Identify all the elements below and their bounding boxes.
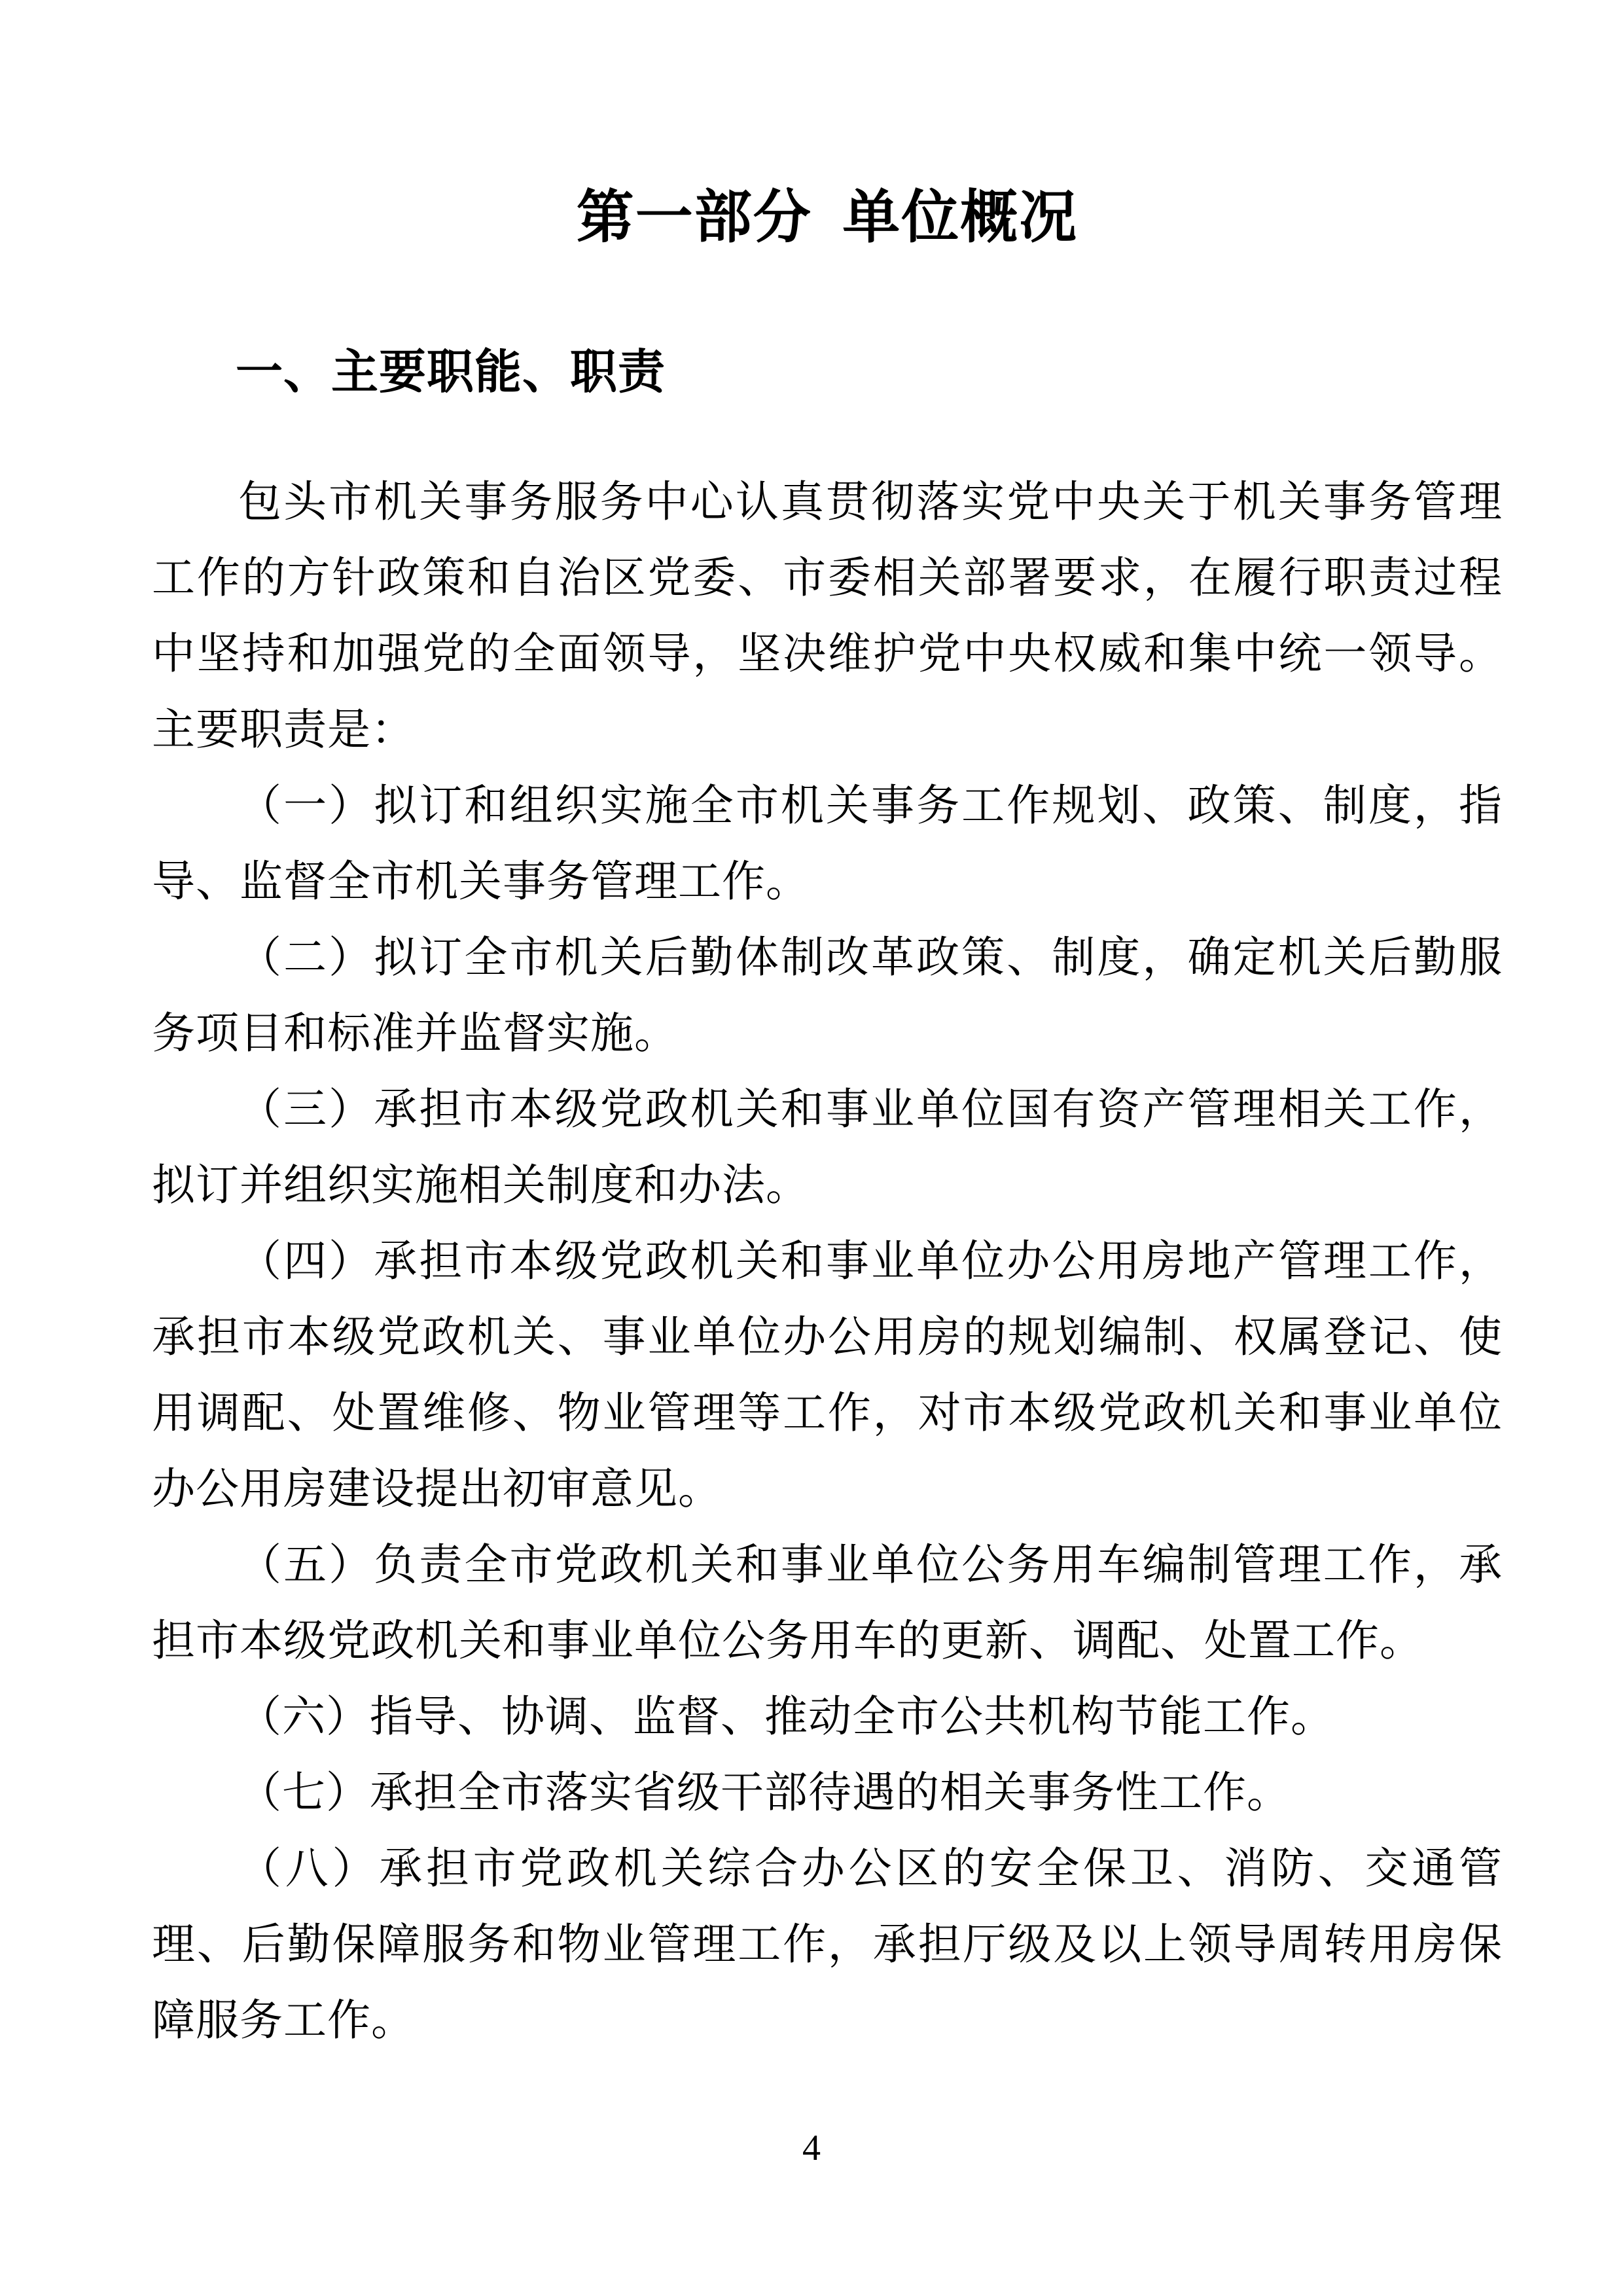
paragraph-intro: 包头市机关事务服务中心认真贯彻落实党中央关于机关事务管理工作的方针政策和自治区党…: [152, 465, 1503, 768]
section-heading: 一、主要职能、职责: [152, 340, 1503, 404]
paragraph-item-8: （八）承担市党政机关综合办公区的安全保卫、消防、交通管理、后勤保障服务和物业管理…: [152, 1831, 1503, 2059]
paragraph-item-1: （一）拟订和组织实施全市机关事务工作规划、政策、制度，指导、监督全市机关事务管理…: [152, 768, 1503, 920]
paragraph-item-6: （六）指导、协调、监督、推动全市公共机构节能工作。: [152, 1679, 1503, 1755]
document-page: 第一部分 单位概况 一、主要职能、职责 包头市机关事务服务中心认真贯彻落实党中央…: [0, 0, 1623, 2296]
paragraph-item-2: （二）拟订全市机关后勤体制改革政策、制度，确定机关后勤服务项目和标准并监督实施。: [152, 920, 1503, 1072]
paragraph-item-4: （四）承担市本级党政机关和事业单位办公用房地产管理工作，承担市本级党政机关、事业…: [152, 1224, 1503, 1528]
paragraph-item-7: （七）承担全市落实省级干部待遇的相关事务性工作。: [152, 1755, 1503, 1831]
paragraph-item-3: （三）承担市本级党政机关和事业单位国有资产管理相关工作，拟订并组织实施相关制度和…: [152, 1072, 1503, 1224]
paragraph-item-5: （五）负责全市党政机关和事业单位公务用车编制管理工作，承担市本级党政机关和事业单…: [152, 1528, 1503, 1679]
page-number: 4: [0, 2128, 1623, 2168]
document-title: 第一部分 单位概况: [152, 178, 1503, 257]
